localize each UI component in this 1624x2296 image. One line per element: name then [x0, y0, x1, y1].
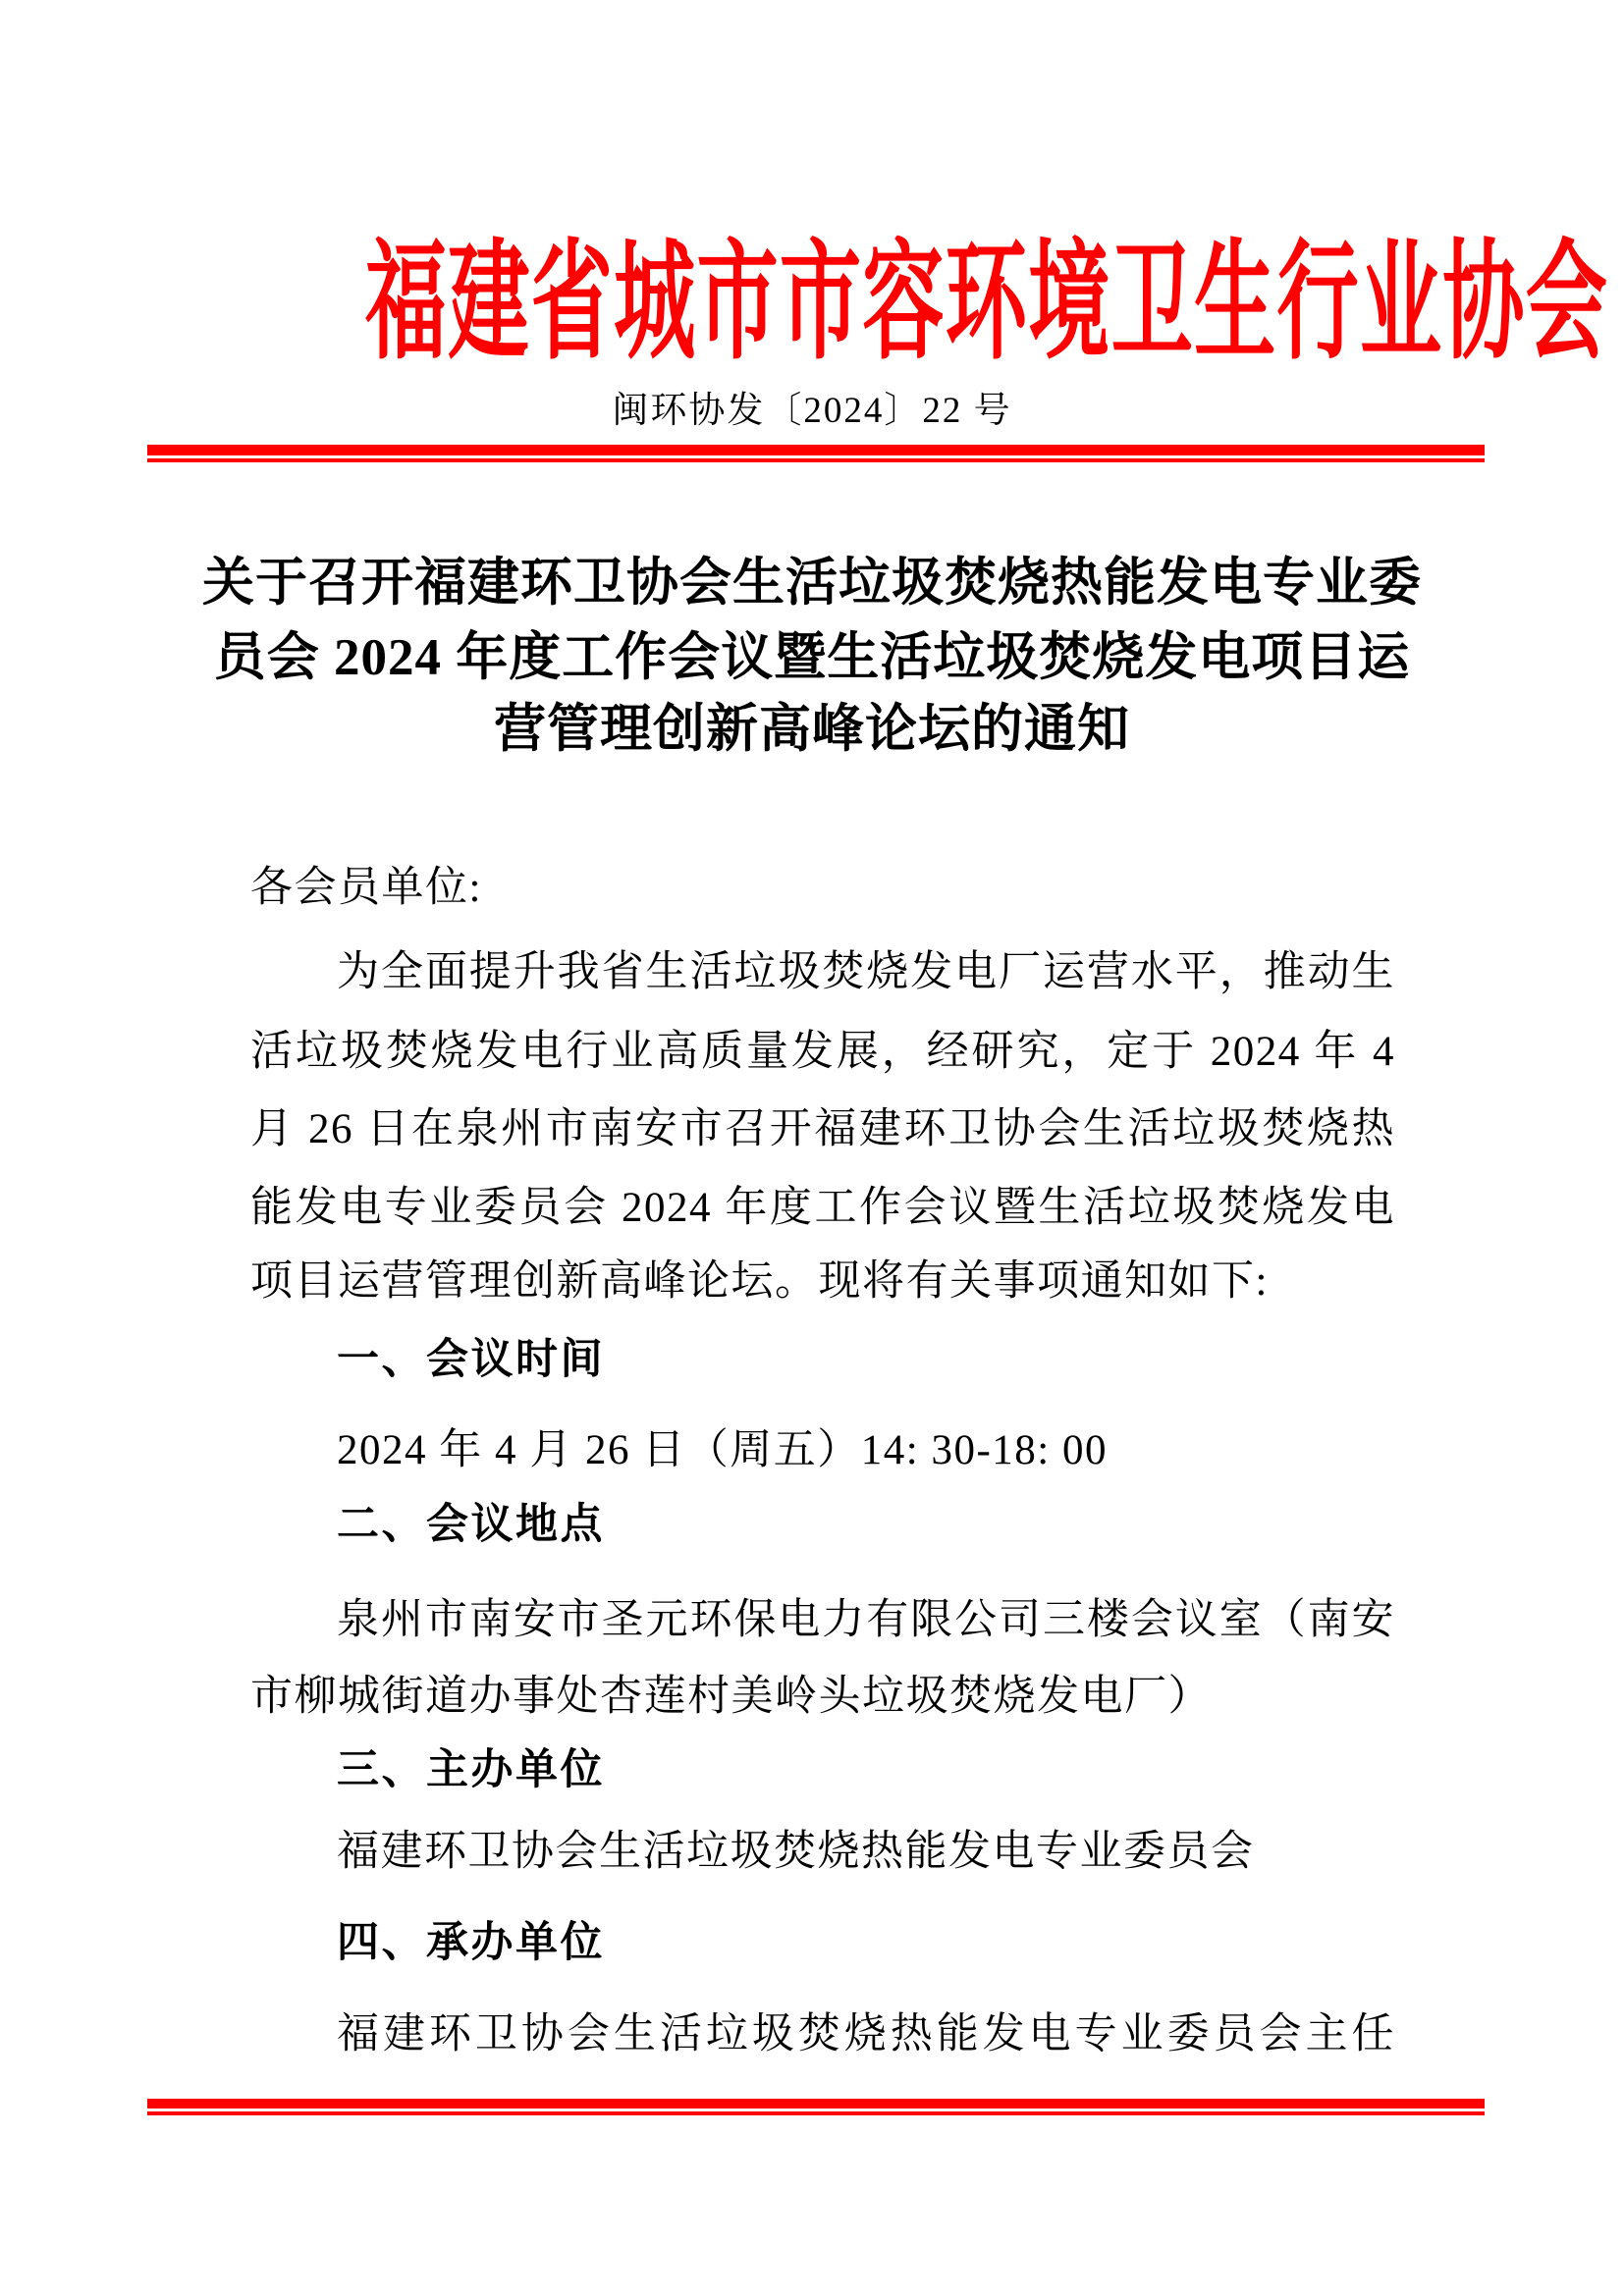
organizer-unit-line-1: 福建环卫协会生活垃圾焚烧热能发电专业委员会主任 — [250, 2005, 1395, 2064]
footer-rule-thin — [147, 2111, 1485, 2115]
document-number: 闽环协发〔2024〕22 号 — [0, 389, 1624, 434]
intro-paragraph-line-4: 能发电专业委员会 2024 年度工作会议暨生活垃圾焚烧发电 — [250, 1179, 1395, 1238]
footer-rule-thick — [147, 2099, 1485, 2109]
intro-paragraph-line-5: 项目运营管理创新高峰论坛。现将有关事项通知如下: — [250, 1253, 1395, 1311]
notice-title-line-1: 关于召开福建环卫协会生活垃圾焚烧热能发电专业委 — [0, 553, 1624, 614]
intro-paragraph-line-2: 活垃圾焚烧发电行业高质量发展，经研究，定于 2024 年 4 — [250, 1023, 1395, 1082]
section-heading-host-unit: 三、主办单位 — [250, 1740, 1395, 1799]
meeting-time-value: 2024 年 4 月 26 日（周五）14: 30-18: 00 — [250, 1421, 1395, 1480]
official-notice-page: 福建省城市市容环境卫生行业协会 闽环协发〔2024〕22 号 关于召开福建环卫协… — [0, 0, 1624, 2296]
host-unit-value: 福建环卫协会生活垃圾焚烧热能发电专业委员会 — [250, 1823, 1395, 1882]
organization-name: 福建省城市市容环境卫生行业协会 — [365, 234, 1608, 373]
notice-title-line-2: 员会 2024 年度工作会议暨生活垃圾焚烧发电项目运 — [0, 627, 1624, 688]
intro-paragraph-line-3: 月 26 日在泉州市南安市召开福建环卫协会生活垃圾焚烧热 — [250, 1100, 1395, 1159]
meeting-place-line-2: 市柳城街道办事处杏莲村美岭头垃圾焚烧发电厂） — [250, 1668, 1395, 1727]
section-heading-meeting-place: 二、会议地点 — [250, 1495, 1395, 1554]
header-rule-thick — [147, 445, 1485, 455]
letterhead: 福建省城市市容环境卫生行业协会 — [0, 234, 1624, 373]
meeting-place-line-1: 泉州市南安市圣元环保电力有限公司三楼会议室（南安 — [250, 1591, 1395, 1650]
intro-paragraph-line-1: 为全面提升我省生活垃圾焚烧发电厂运营水平，推动生 — [250, 943, 1395, 1002]
notice-title-line-3: 营管理创新高峰论坛的通知 — [0, 699, 1624, 760]
header-rule-thin — [147, 458, 1485, 462]
section-heading-meeting-time: 一、会议时间 — [250, 1330, 1395, 1389]
section-heading-organizer-unit: 四、承办单位 — [250, 1913, 1395, 1972]
salutation: 各会员单位: — [250, 859, 1395, 918]
